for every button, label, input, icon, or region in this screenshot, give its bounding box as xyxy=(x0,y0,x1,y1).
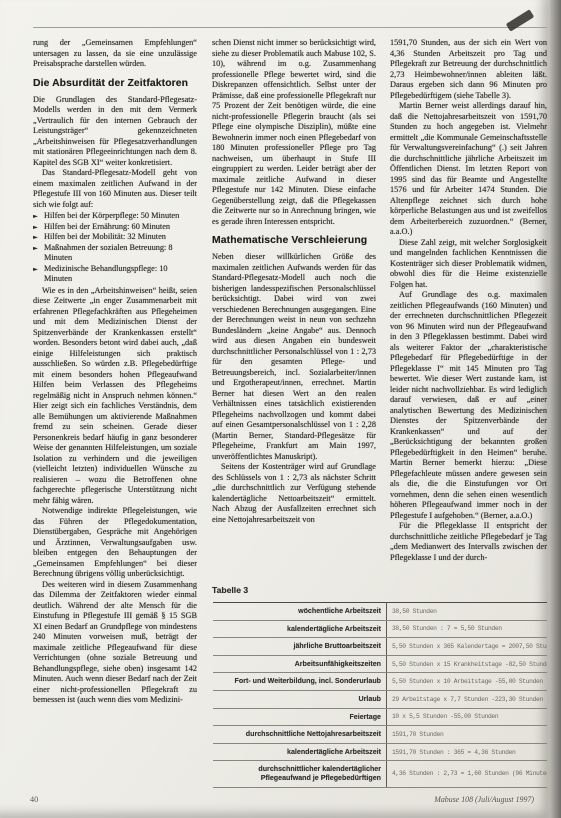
table-row: durchschnittliche Nettojahresarbeitszeit… xyxy=(213,726,547,744)
section-heading-zeitfaktoren: Die Absurdität der Zeitfaktoren xyxy=(33,78,197,90)
scan-edge-shadow xyxy=(550,0,561,818)
table-value-cell: 38,50 Stunden xyxy=(387,603,548,621)
paragraph: Des weiteren wird in diesem Zusammenhang… xyxy=(33,580,197,706)
table-value-cell: 1591,70 Stunden : 365 = 4,36 Stunden xyxy=(387,743,548,761)
table-value-cell: 5,50 Stunden x 10 Arbeitstage -55,00 Stu… xyxy=(387,673,548,691)
table-row: durchschnittlicher kalendertäglicher Pfl… xyxy=(213,761,547,787)
table-label-cell: durchschnittliche Nettojahresarbeitszeit xyxy=(213,726,387,744)
table-value-cell: 29 Arbeitstage x 7,7 Stunden -223,30 Stu… xyxy=(387,690,548,708)
table-label-cell: Urlaub xyxy=(213,690,387,708)
table-label-cell: wöchentliche Arbeitszeit xyxy=(213,603,387,621)
table-label-cell: Arbeitsunfähigkeitszeiten xyxy=(213,655,387,673)
paragraph: Die Grundlagen des Standard-Pflegesatz-M… xyxy=(33,95,197,169)
bullet-text: Maßnahmen der sozialen Betreuung: 8 Minu… xyxy=(44,243,173,263)
paragraph: Seitens der Kostenträger wird auf Grundl… xyxy=(212,462,376,525)
bullet-icon: ► xyxy=(33,265,38,276)
worktime-table: wöchentliche Arbeitszeit 38,50 Stunden k… xyxy=(213,602,547,788)
bullet-item: ►Maßnahmen der sozialen Betreuung: 8 Min… xyxy=(33,243,197,264)
table-label-cell: Fort- und Weiterbildung, incl. Sonderurl… xyxy=(213,673,387,691)
bullet-item: ►Medizinische Behandlungspflege: 10 Minu… xyxy=(33,264,197,285)
header-rule xyxy=(33,27,547,28)
scan-artifact-mark xyxy=(506,9,535,31)
table-row: kalendertägliche Arbeitszeit 1591,70 Stu… xyxy=(213,743,547,761)
bullet-text: Medizinische Behandlungspflege: 10 Minut… xyxy=(44,264,168,284)
table-label-cell: Feiertage xyxy=(213,708,387,726)
paragraph: Wie es in den „Arbeitshinweisen“ heißt, … xyxy=(33,286,197,507)
table-value-cell: 5,50 Stunden x 15 Krankheitstage -82,50 … xyxy=(387,655,548,673)
bullet-text: Hilfen bei der Körperpflege: 50 Minuten xyxy=(44,211,179,220)
bullet-list: ►Hilfen bei der Körperpflege: 50 Minuten… xyxy=(33,211,197,285)
paragraph: Auf Grundlage des o.g. maximalen zeitlic… xyxy=(390,290,547,521)
table-label-cell: kalendertägliche Arbeitszeit xyxy=(213,620,387,638)
journal-footer: Mabuse 108 (Juli/August 1997) xyxy=(434,795,534,804)
table-label-cell: jährliche Bruttoarbeitszeit xyxy=(213,638,387,656)
table-row: Arbeitsunfähigkeitszeiten 5,50 Stunden x… xyxy=(213,655,547,673)
section-heading-verschleierung: Mathematische Verschleierung xyxy=(212,235,376,247)
table-label-cell: durchschnittlicher kalendertäglicher Pfl… xyxy=(213,761,387,787)
table-caption: Tabelle 3 xyxy=(212,585,248,595)
paragraph: Neben dieser willkürlichen Größe des max… xyxy=(212,252,376,462)
table-row: Urlaub 29 Arbeitstage x 7,7 Stunden -223… xyxy=(213,690,547,708)
paragraph: schen Dienst nicht immer so berücksichti… xyxy=(212,38,376,227)
paragraph: rung der „Gemeinsamen Empfehlungen“ unte… xyxy=(33,38,197,70)
paragraph: Notwendige indirekte Pflegeleistungen, w… xyxy=(33,506,197,580)
page-number: 40 xyxy=(30,795,38,804)
text-column-left: rung der „Gemeinsamen Empfehlungen“ unte… xyxy=(33,38,197,750)
text-column-middle: schen Dienst nicht immer so berücksichti… xyxy=(212,38,376,578)
bullet-item: ►Hilfen bei der Mobilität: 32 Minuten xyxy=(33,232,197,243)
table-row: kalendertägliche Arbeitszeit 38,50 Stund… xyxy=(213,620,547,638)
paragraph: Das Standard-Pflegesatz-Modell geht von … xyxy=(33,168,197,210)
scanned-page: rung der „Gemeinsamen Empfehlungen“ unte… xyxy=(0,0,550,818)
table-value-cell: 1591,70 Stunden xyxy=(387,726,548,744)
paragraph: Diese Zahl zeigt, mit welcher Sorglosigk… xyxy=(390,238,547,291)
table-value-cell: 10 x 5,5 Stunden -55,00 Stunden xyxy=(387,708,548,726)
paragraph: Martin Berner weist allerdings darauf hi… xyxy=(390,101,547,238)
bullet-item: ►Hilfen bei der Körperpflege: 50 Minuten xyxy=(33,211,197,222)
table-row: jährliche Bruttoarbeitszeit 5,50 Stunden… xyxy=(213,638,547,656)
table-value-cell: 5,50 Stunden x 365 Kalendertage = 2007,5… xyxy=(387,638,548,656)
paragraph: 1591,70 Stunden, aus der sich ein Wert v… xyxy=(390,38,547,101)
table-row: wöchentliche Arbeitszeit 38,50 Stunden xyxy=(213,603,547,621)
table-row: Feiertage 10 x 5,5 Stunden -55,00 Stunde… xyxy=(213,708,547,726)
bullet-text: Hilfen bei der Ernährung: 60 Minuten xyxy=(44,222,170,231)
text-column-right: 1591,70 Stunden, aus der sich ein Wert v… xyxy=(390,38,547,586)
bullet-item: ►Hilfen bei der Ernährung: 60 Minuten xyxy=(33,222,197,233)
paragraph: Für die Pflegeklasse II entspricht der d… xyxy=(390,521,547,563)
table-value-cell: 38,50 Stunden : 7 = 5,50 Stunden xyxy=(387,620,548,638)
table-label-cell: kalendertägliche Arbeitszeit xyxy=(213,743,387,761)
table-row: Fort- und Weiterbildung, incl. Sonderurl… xyxy=(213,673,547,691)
bullet-icon: ► xyxy=(33,244,38,255)
table-value-cell: 4,36 Stunden : 2,73 = 1,60 Stunden (96 M… xyxy=(387,761,548,787)
bullet-text: Hilfen bei der Mobilität: 32 Minuten xyxy=(44,232,166,241)
